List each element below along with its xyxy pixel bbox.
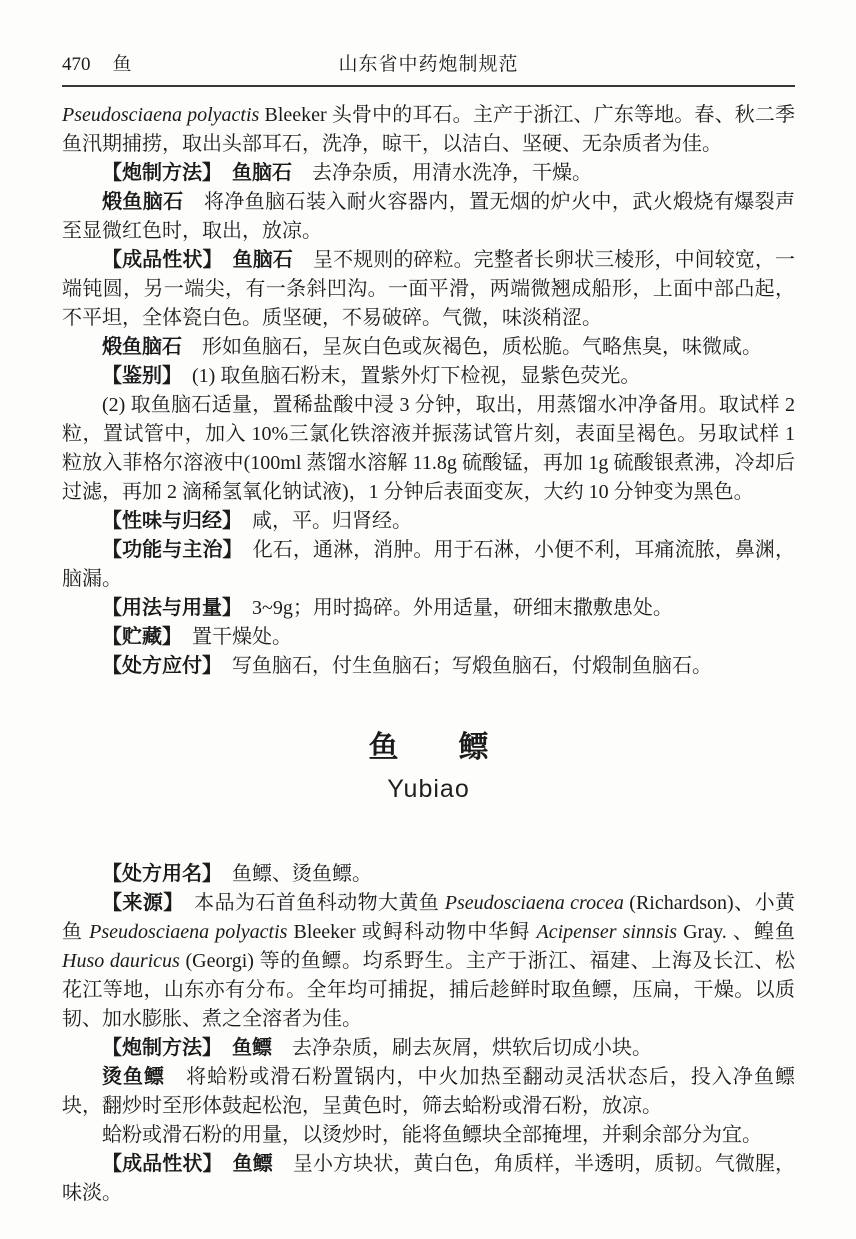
body-text: 或鲟科动物中华鲟 xyxy=(362,921,537,943)
paragraph: 【来源】 本品为石首鱼科动物大黄鱼 Pseudosciaena crocea (… xyxy=(62,889,795,1034)
drug-name: 煅鱼脑石 xyxy=(102,191,184,213)
entry-title-zh: 鱼 鳔 xyxy=(62,731,795,765)
paragraph: Pseudosciaena polyactis Bleeker 头骨中的耳石。主… xyxy=(62,101,795,159)
section-label: 【成品性状】 鱼脑石 xyxy=(102,249,293,271)
paragraph: 【处方应付】 写鱼脑石，付生鱼脑石；写煅鱼脑石，付煅制鱼脑石。 xyxy=(62,652,795,681)
section-label: 【炮制方法】 鱼脑石 xyxy=(102,162,292,184)
paragraph: 【性味与归经】 咸，平。归肾经。 xyxy=(62,507,795,536)
body-text: 鱼鳔、烫鱼鳔。 xyxy=(212,863,372,885)
page-content: Pseudosciaena polyactis Bleeker 头骨中的耳石。主… xyxy=(62,101,795,1208)
latin-name: Pseudosciaena polyactis xyxy=(89,921,287,943)
section-label: 【贮藏】 xyxy=(102,626,172,648)
body-text: 咸，平。归肾经。 xyxy=(232,510,412,532)
paragraph: 【鉴别】 (1) 取鱼脑石粉末，置紫外灯下检视，显紫色荧光。 xyxy=(62,362,795,391)
section-label: 【处方用名】 xyxy=(102,863,212,885)
section-label: 【性味与归经】 xyxy=(102,510,232,532)
page-number: 470 xyxy=(62,52,91,78)
latin-name: Bleeker xyxy=(259,104,331,126)
drug-name: 烫鱼鳔 xyxy=(102,1066,165,1088)
section-label: 【处方应付】 xyxy=(102,655,212,677)
body-text: 置干燥处。 xyxy=(172,626,292,648)
body-text: 形如鱼脑石，呈灰白色或灰褐色，质松脆。气略焦臭，味微咸。 xyxy=(182,336,762,358)
latin-name: Bleeker xyxy=(287,921,361,943)
paragraph: 【用法与用量】 3~9g；用时捣碎。外用适量，研细末撒敷患处。 xyxy=(62,594,795,623)
section-label: 【鉴别】 xyxy=(102,365,172,387)
section-label: 【成品性状】 鱼鳔 xyxy=(102,1153,273,1175)
section-label: 【功能与主治】 xyxy=(102,539,233,561)
section-label: 【炮制方法】 鱼鳔 xyxy=(102,1037,272,1059)
body-text: 3~9g；用时捣碎。外用适量，研细末撒敷患处。 xyxy=(232,597,673,619)
paragraph: 烫鱼鳔 将蛤粉或滑石粉置锅内，中火加热至翻动灵活状态后，投入净鱼鳔块，翻炒时至形… xyxy=(62,1063,795,1121)
latin-name: Acipenser sinnsis xyxy=(537,921,678,943)
latin-name: Pseudosciaena crocea xyxy=(445,892,624,914)
paragraph: (2) 取鱼脑石适量，置稀盐酸中浸 3 分钟，取出，用蒸馏水冲净备用。取试样 2… xyxy=(62,391,795,507)
body-text: (1) 取鱼脑石粉末，置紫外灯下检视，显紫色荧光。 xyxy=(172,365,640,387)
paragraph: 【炮制方法】 鱼脑石 去净杂质，用清水洗净，干燥。 xyxy=(62,159,795,188)
entry-title-block: 鱼 鳔 Yubiao xyxy=(62,731,795,804)
book-page: 470 鱼 山东省中药炮制规范 Pseudosciaena polyactis … xyxy=(0,0,856,1239)
section-label: 【来源】 xyxy=(102,892,174,914)
paragraph: 【处方用名】 鱼鳔、烫鱼鳔。 xyxy=(62,860,795,889)
paragraph: 蛤粉或滑石粉的用量，以烫炒时，能将鱼鳔块全部掩埋，并剩余部分为宜。 xyxy=(62,1121,795,1150)
book-title: 山东省中药炮制规范 xyxy=(338,52,518,78)
body-text: 将蛤粉或滑石粉置锅内，中火加热至翻动灵活状态后，投入净鱼鳔块，翻炒时至形体鼓起松… xyxy=(62,1066,795,1117)
body-text: 写鱼脑石，付生鱼脑石；写煅鱼脑石，付煅制鱼脑石。 xyxy=(212,655,712,677)
entry-yunaoshi-text: Pseudosciaena polyactis Bleeker 头骨中的耳石。主… xyxy=(62,101,795,681)
entry-title-pinyin: Yubiao xyxy=(62,774,795,804)
body-text: Gray. 、鳇鱼 xyxy=(677,921,795,943)
page-header: 470 鱼 山东省中药炮制规范 xyxy=(62,52,795,78)
body-text: 去净杂质，刷去灰屑，烘软后切成小块。 xyxy=(272,1037,652,1059)
latin-name: Pseudosciaena polyactis xyxy=(62,104,259,126)
body-text: (2) 取鱼脑石适量，置稀盐酸中浸 3 分钟，取出，用蒸馏水冲净备用。取试样 2… xyxy=(62,394,795,503)
paragraph: 煅鱼脑石 将净鱼脑石装入耐火容器内，置无烟的炉火中，武火煅烧有爆裂声至显微红色时… xyxy=(62,188,795,246)
paragraph: 【成品性状】 鱼鳔 呈小方块状，黄白色，角质样，半透明，质韧。气微腥，味淡。 xyxy=(62,1150,795,1208)
drug-name: 煅鱼脑石 xyxy=(102,336,182,358)
body-text: 本品为石首鱼科动物大黄鱼 xyxy=(174,892,445,914)
paragraph: 【成品性状】 鱼脑石 呈不规则的碎粒。完整者长卵状三棱形，中间较宽，一端钝圆，另… xyxy=(62,246,795,333)
chapter-label: 鱼 xyxy=(113,52,132,78)
paragraph: 煅鱼脑石 形如鱼脑石，呈灰白色或灰褐色，质松脆。气略焦臭，味微咸。 xyxy=(62,333,795,362)
paragraph: 【贮藏】 置干燥处。 xyxy=(62,623,795,652)
body-text: 蛤粉或滑石粉的用量，以烫炒时，能将鱼鳔块全部掩埋，并剩余部分为宜。 xyxy=(102,1124,762,1146)
section-label: 【用法与用量】 xyxy=(102,597,232,619)
header-rule xyxy=(62,85,795,87)
latin-name: Huso dauricus xyxy=(62,950,180,972)
paragraph: 【功能与主治】 化石，通淋，消肿。用于石淋，小便不利，耳痛流脓，鼻渊，脑漏。 xyxy=(62,536,795,594)
entry-yubiao-text: 【处方用名】 鱼鳔、烫鱼鳔。【来源】 本品为石首鱼科动物大黄鱼 Pseudosc… xyxy=(62,860,795,1208)
paragraph: 【炮制方法】 鱼鳔 去净杂质，刷去灰屑，烘软后切成小块。 xyxy=(62,1034,795,1063)
body-text: 去净杂质，用清水洗净，干燥。 xyxy=(292,162,592,184)
